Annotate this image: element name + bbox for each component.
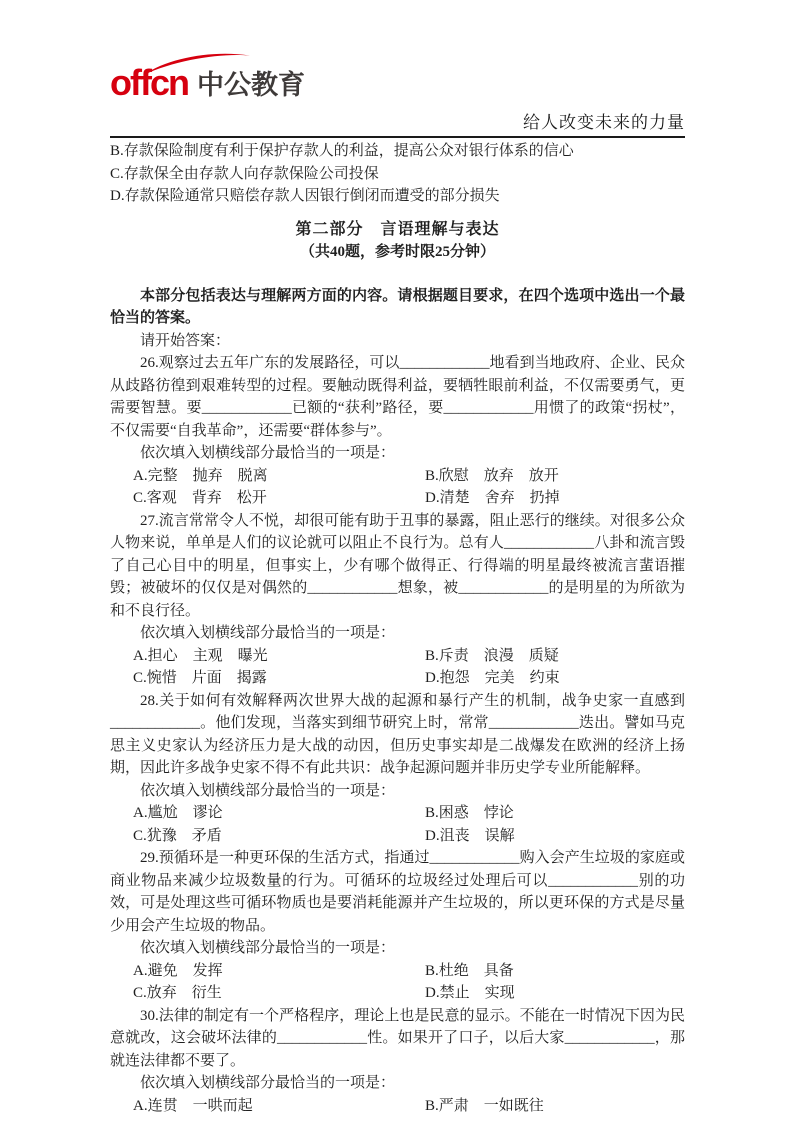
start-label: 请开始答案：	[110, 330, 685, 353]
question-stem: 26.观察过去五年广东的发展路径，可以____________地看到当地政府、企…	[110, 352, 685, 442]
options-grid: A.担心 主观 曝光 B.斥责 浪漫 质疑 C.惋惜 片面 揭露 D.抱怨 完美…	[110, 645, 685, 690]
section-subtitle: （共40题，参考时限25分钟）	[110, 241, 685, 264]
option-a: A.连贯 一哄而起	[133, 1095, 425, 1118]
option-a: A.担心 主观 曝光	[133, 645, 425, 668]
brand-tagline: 给人改变未来的力量	[110, 108, 685, 133]
option-b: B.严肃 一如既往	[425, 1095, 685, 1118]
options-grid: A.连贯 一哄而起 B.严肃 一如既往	[110, 1095, 685, 1118]
question-27: 27.流言常常令人不悦，却很可能有助于丑事的暴露，阻止恶行的继续。对很多公众人物…	[110, 510, 685, 690]
options-grid: A.尴尬 谬论 B.困惑 悖论 C.犹豫 矛盾 D.沮丧 误解	[110, 802, 685, 847]
option-c: C.犹豫 矛盾	[133, 825, 425, 848]
option-d: D.清楚 舍弃 扔掉	[425, 487, 685, 510]
question-prompt: 依次填入划横线部分最恰当的一项是：	[110, 442, 685, 465]
question-stem: 30.法律的制定有一个严格程序，理论上也是民意的显示。不能在一时情况下因为民意就…	[110, 1005, 685, 1073]
options-grid: A.完整 抛弃 脱离 B.欣慰 放弃 放开 C.客观 背弃 松开 D.清楚 舍弃…	[110, 465, 685, 510]
option-a: A.避免 发挥	[133, 960, 425, 983]
question-prompt: 依次填入划横线部分最恰当的一项是：	[110, 937, 685, 960]
exam-document-page: offcn中公教育 给人改变未来的力量 B.存款保险制度有利于保护存款人的利益，…	[0, 0, 793, 1122]
option-b: B.困惑 悖论	[425, 802, 685, 825]
option-c: C.放弃 衍生	[133, 982, 425, 1005]
option-c: C.客观 背弃 松开	[133, 487, 425, 510]
logo-swoosh-icon	[138, 50, 256, 76]
previous-question-options: B.存款保险制度有利于保护存款人的利益，提高公众对银行体系的信心 C.存款保全由…	[110, 140, 685, 208]
question-28: 28.关于如何有效解释两次世界大战的起源和暴行产生的机制，战争史家一直感到___…	[110, 690, 685, 848]
section-title: 第二部分 言语理解与表达	[110, 219, 685, 242]
question-stem: 29.预循环是一种更环保的生活方式，指通过____________购入会产生垃圾…	[110, 847, 685, 937]
question-26: 26.观察过去五年广东的发展路径，可以____________地看到当地政府、企…	[110, 352, 685, 510]
question-stem: 27.流言常常令人不悦，却很可能有助于丑事的暴露，阻止恶行的继续。对很多公众人物…	[110, 510, 685, 623]
section-instructions: 本部分包括表达与理解两方面的内容。请根据题目要求，在四个选项中选出一个最恰当的答…	[110, 285, 685, 330]
option-d: D.沮丧 误解	[425, 825, 685, 848]
question-stem: 28.关于如何有效解释两次世界大战的起源和暴行产生的机制，战争史家一直感到___…	[110, 690, 685, 780]
question-prompt: 依次填入划横线部分最恰当的一项是：	[110, 1072, 685, 1095]
option-c: C.惋惜 片面 揭露	[133, 667, 425, 690]
offcn-logo: offcn中公教育	[110, 60, 305, 110]
document-body: B.存款保险制度有利于保护存款人的利益，提高公众对银行体系的信心 C.存款保全由…	[110, 140, 685, 1117]
option-a: A.尴尬 谬论	[133, 802, 425, 825]
options-grid: A.避免 发挥 B.杜绝 具备 C.放弃 衍生 D.禁止 实现	[110, 960, 685, 1005]
question-29: 29.预循环是一种更环保的生活方式，指通过____________购入会产生垃圾…	[110, 847, 685, 1005]
option-d: D.抱怨 完美 约束	[425, 667, 685, 690]
header-divider	[110, 136, 685, 138]
option-b: B.斥责 浪漫 质疑	[425, 645, 685, 668]
option-line: C.存款保全由存款人向存款保险公司投保	[110, 163, 685, 186]
letterhead: offcn中公教育 给人改变未来的力量	[110, 0, 685, 138]
option-d: D.禁止 实现	[425, 982, 685, 1005]
option-b: B.杜绝 具备	[425, 960, 685, 983]
option-a: A.完整 抛弃 脱离	[133, 465, 425, 488]
option-b: B.欣慰 放弃 放开	[425, 465, 685, 488]
question-prompt: 依次填入划横线部分最恰当的一项是：	[110, 780, 685, 803]
option-line: B.存款保险制度有利于保护存款人的利益，提高公众对银行体系的信心	[110, 140, 685, 163]
question-prompt: 依次填入划横线部分最恰当的一项是：	[110, 622, 685, 645]
option-line: D.存款保险通常只赔偿存款人因银行倒闭而遭受的部分损失	[110, 185, 685, 208]
question-30: 30.法律的制定有一个严格程序，理论上也是民意的显示。不能在一时情况下因为民意就…	[110, 1005, 685, 1118]
